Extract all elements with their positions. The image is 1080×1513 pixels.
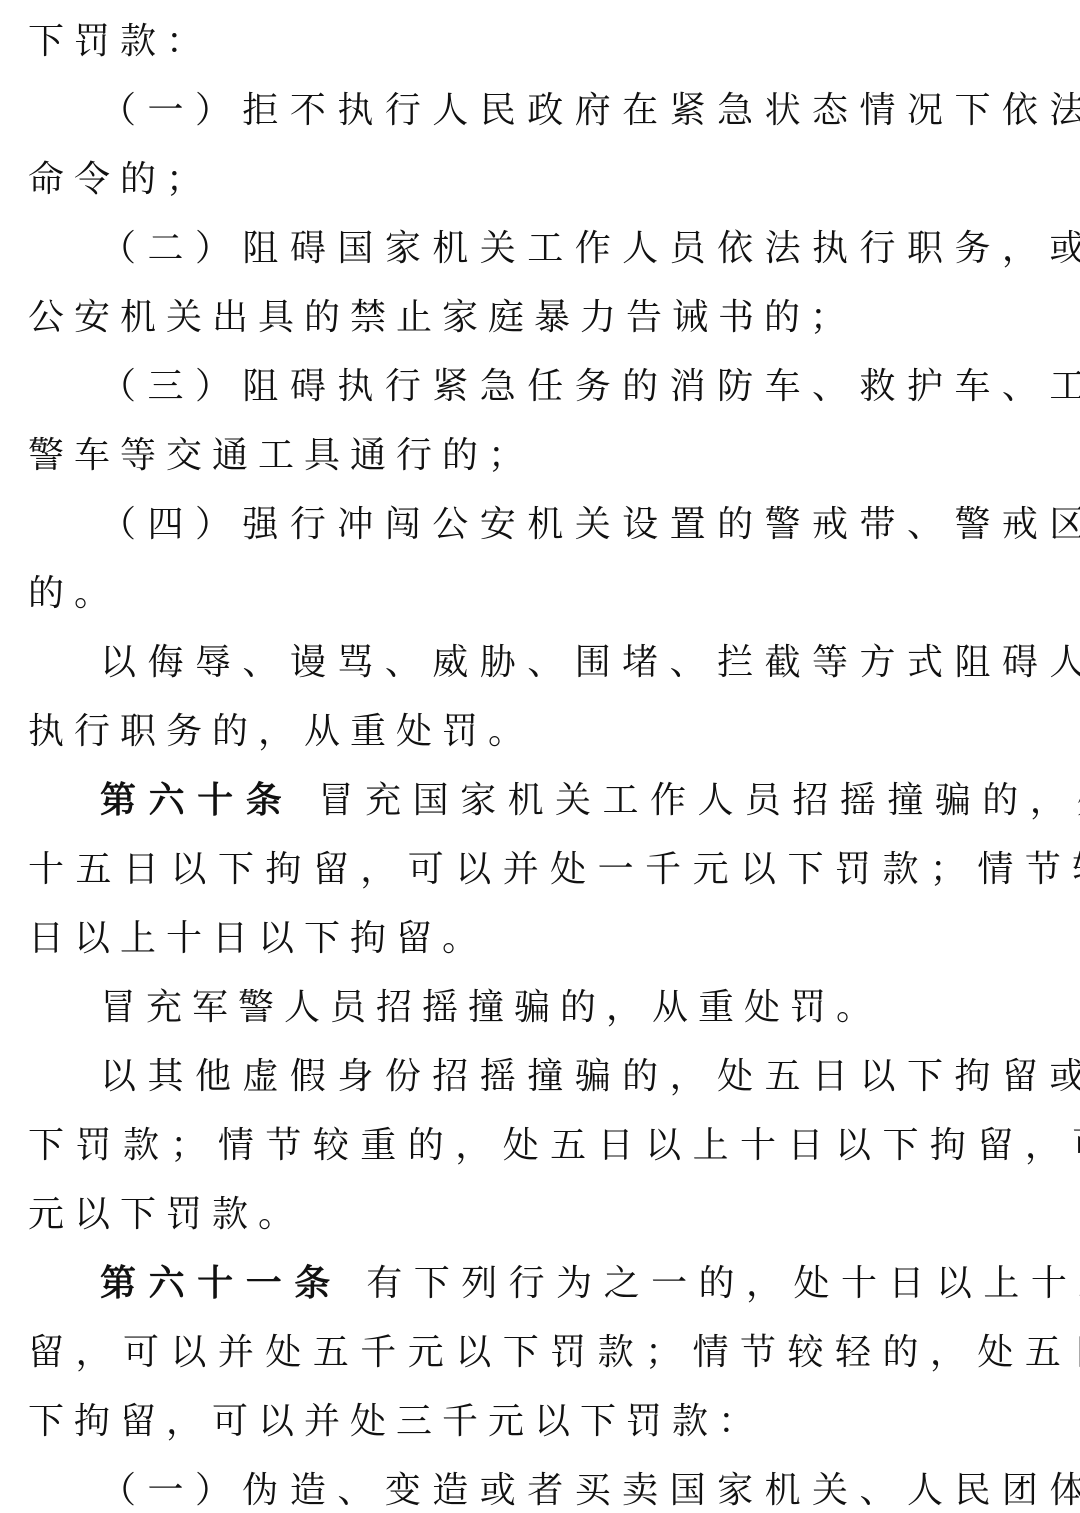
article-61-line: 第 六 十 一 条有 下 列 行 为 之 一 的 ， 处 十 日 以 上 十 五… [100, 1259, 1054, 1309]
list-item: （ 四 ） 强 行 冲 闯 公 安 机 关 设 置 的 警 戒 带 、 警 戒 … [100, 500, 1054, 550]
text-line: 的。 [28, 569, 1054, 619]
line-text: 警车等交通工具通行的； [28, 435, 534, 476]
line-text: 的。 [28, 573, 120, 614]
list-item: （ 一 ） 伪 造 、 变 造 或 者 买 卖 国 家 机 关 、 人 民 团 … [100, 1466, 1054, 1513]
text-line: 下拘留，可以并处三千元以下罚款： [28, 1397, 1054, 1447]
line-text: 冒 充 国 家 机 关 工 作 人 员 招 摇 撞 骗 的 ， 处 十 日 以 … [318, 780, 1080, 821]
paragraph-line: 下 罚 款 ； 情 节 较 重 的 ， 处 五 日 以 上 十 日 以 下 拘 … [28, 1121, 1054, 1171]
article-heading: 第 六 十 条 [100, 780, 282, 821]
line-text: 公安机关出具的禁止家庭暴力告诫书的； [28, 297, 856, 338]
line-text: 有 下 列 行 为 之 一 的 ， 处 十 日 以 上 十 五 日 以 下 拘 [366, 1263, 1080, 1304]
line-text: （ 四 ） 强 行 冲 闯 公 安 机 关 设 置 的 警 戒 带 、 警 戒 … [100, 504, 1080, 545]
text-line: 警车等交通工具通行的； [28, 431, 1054, 481]
line-text: （ 一 ） 拒 不 执 行 人 民 政 府 在 紧 急 状 态 情 况 下 依 … [100, 90, 1080, 131]
list-item: （ 一 ） 拒 不 执 行 人 民 政 府 在 紧 急 状 态 情 况 下 依 … [100, 86, 1054, 136]
paragraph-line: 以 侮 辱 、 谩 骂 、 威 胁 、 围 堵 、 拦 截 等 方 式 阻 碍 … [100, 638, 1054, 688]
paragraph-line: 冒充军警人员招摇撞骗的，从重处罚。 [100, 983, 1054, 1033]
paragraph-line: 十 五 日 以 下 拘 留 ， 可 以 并 处 一 千 元 以 下 罚 款 ； … [28, 845, 1054, 895]
line-text: 下拘留，可以并处三千元以下罚款： [28, 1401, 764, 1442]
text-line: 命令的； [28, 155, 1054, 205]
list-item: （ 二 ） 阻 碍 国 家 机 关 工 作 人 员 依 法 执 行 职 务 ， … [100, 224, 1054, 274]
line-text: 留 ， 可 以 并 处 五 千 元 以 下 罚 款 ； 情 节 较 轻 的 ， … [28, 1332, 1080, 1373]
text-line: 公安机关出具的禁止家庭暴力告诫书的； [28, 293, 1054, 343]
text-line: 日以上十日以下拘留。 [28, 914, 1054, 964]
list-item: （ 三 ） 阻 碍 执 行 紧 急 任 务 的 消 防 车 、 救 护 车 、 … [100, 362, 1054, 412]
text-line: 元以下罚款。 [28, 1190, 1054, 1240]
line-text: 以 侮 辱 、 谩 骂 、 威 胁 、 围 堵 、 拦 截 等 方 式 阻 碍 … [100, 642, 1080, 683]
paragraph-line: 以 其 他 虚 假 身 份 招 摇 撞 骗 的 ， 处 五 日 以 下 拘 留 … [100, 1052, 1054, 1102]
line-text: （ 二 ） 阻 碍 国 家 机 关 工 作 人 员 依 法 执 行 职 务 ， … [100, 228, 1080, 269]
line-text: 执行职务的，从重处罚。 [28, 711, 534, 752]
article-heading: 第 六 十 一 条 [100, 1263, 330, 1304]
line-text: 下罚款： [28, 21, 212, 62]
line-text: （ 一 ） 伪 造 、 变 造 或 者 买 卖 国 家 机 关 、 人 民 团 … [100, 1470, 1080, 1511]
line-text: 冒充军警人员招摇撞骗的，从重处罚。 [100, 987, 882, 1028]
paragraph-line: 留 ， 可 以 并 处 五 千 元 以 下 罚 款 ； 情 节 较 轻 的 ， … [28, 1328, 1054, 1378]
line-text: 日以上十日以下拘留。 [28, 918, 488, 959]
line-text: 元以下罚款。 [28, 1194, 304, 1235]
document-page: 下罚款： （ 一 ） 拒 不 执 行 人 民 政 府 在 紧 急 状 态 情 况… [0, 0, 1080, 1513]
line-text: 下 罚 款 ； 情 节 较 重 的 ， 处 五 日 以 上 十 日 以 下 拘 … [28, 1125, 1080, 1166]
article-60-line: 第 六 十 条冒 充 国 家 机 关 工 作 人 员 招 摇 撞 骗 的 ， 处… [100, 776, 1054, 826]
line-text: 命令的； [28, 159, 212, 200]
text-line: 执行职务的，从重处罚。 [28, 707, 1054, 757]
line-text: 以 其 他 虚 假 身 份 招 摇 撞 骗 的 ， 处 五 日 以 下 拘 留 … [100, 1056, 1080, 1097]
line-text: （ 三 ） 阻 碍 执 行 紧 急 任 务 的 消 防 车 、 救 护 车 、 … [100, 366, 1080, 407]
text-line: 下罚款： [28, 17, 1054, 67]
line-text: 十 五 日 以 下 拘 留 ， 可 以 并 处 一 千 元 以 下 罚 款 ； … [28, 849, 1080, 890]
